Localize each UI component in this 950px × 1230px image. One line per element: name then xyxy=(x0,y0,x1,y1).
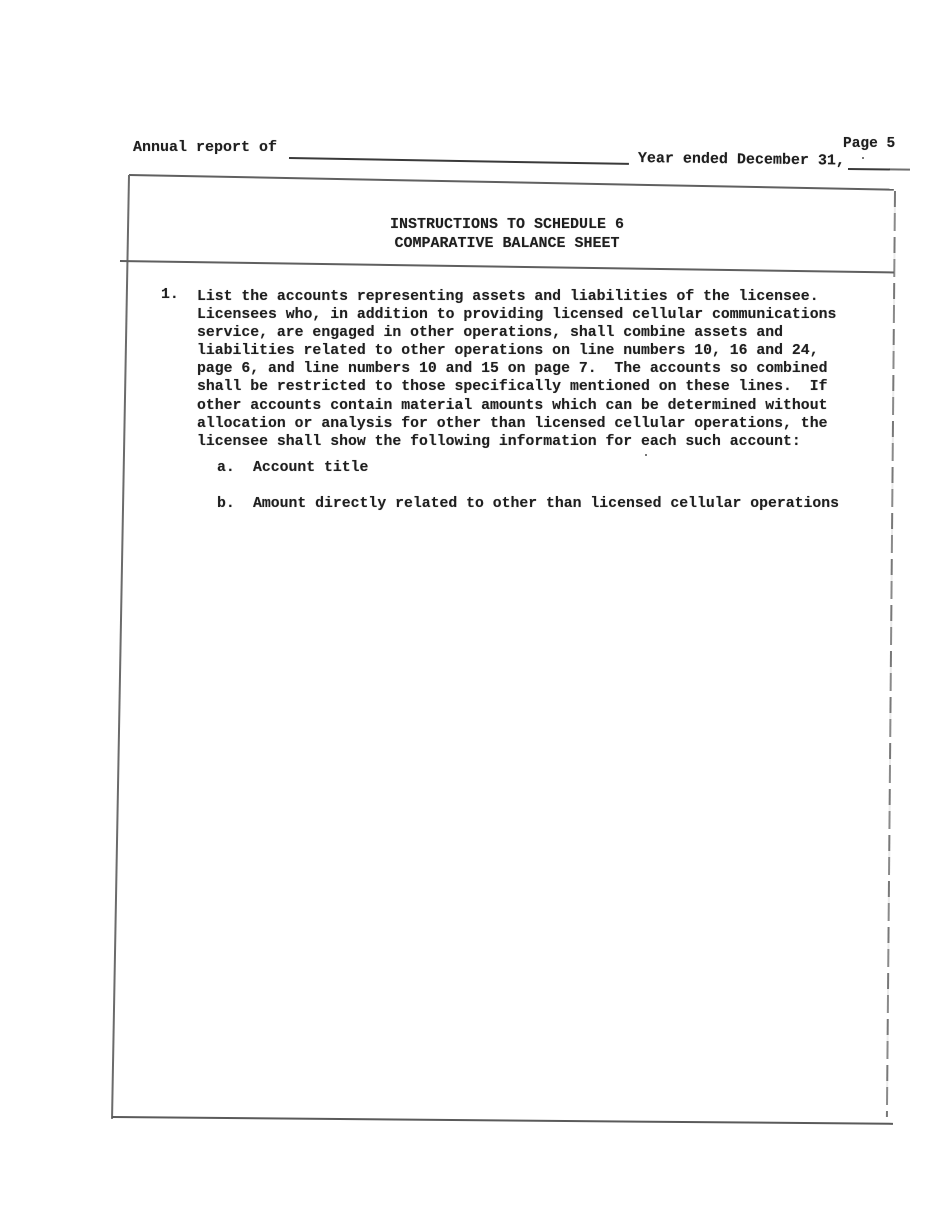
paragraph-line: allocation or analysis for other than li… xyxy=(197,415,836,433)
box-top-border-line xyxy=(129,174,894,191)
instruction-item-number: 1. xyxy=(161,288,179,303)
scan-speck xyxy=(862,157,864,159)
year-blank-line xyxy=(848,168,910,171)
subitem-a-text: Account title xyxy=(253,461,368,476)
box-left-border-line xyxy=(111,175,130,1119)
subitem-a-label: a. xyxy=(217,461,235,476)
page-number: Page 5 xyxy=(843,137,895,152)
subitem-b-label: b. xyxy=(217,497,235,512)
box-bottom-border-line xyxy=(112,1116,893,1125)
paragraph-line: List the accounts representing assets an… xyxy=(197,288,836,306)
scan-speck xyxy=(645,454,647,456)
paragraph-line: Licensees who, in addition to providing … xyxy=(197,306,836,324)
paragraph-line: page 6, and line numbers 10 and 15 on pa… xyxy=(197,360,836,378)
schedule-title-line1: INSTRUCTIONS TO SCHEDULE 6 xyxy=(120,217,894,232)
paragraph-line: liabilities related to other operations … xyxy=(197,342,836,360)
title-separator-line xyxy=(120,260,894,273)
box-right-border-line xyxy=(886,191,896,1117)
paragraph-line: other accounts contain material amounts … xyxy=(197,397,836,415)
scanned-document-page: Annual report of Year ended December 31,… xyxy=(0,0,950,1230)
year-ended-label: Year ended December 31, xyxy=(638,151,845,169)
schedule-title-line2: COMPARATIVE BALANCE SHEET xyxy=(120,236,894,251)
instruction-paragraph: List the accounts representing assets an… xyxy=(197,288,836,451)
paragraph-line: licensee shall show the following inform… xyxy=(197,433,836,451)
paragraph-line: shall be restricted to those specificall… xyxy=(197,378,836,396)
annual-report-label: Annual report of xyxy=(133,140,277,155)
paragraph-line: service, are engaged in other operations… xyxy=(197,324,836,342)
subitem-b-text: Amount directly related to other than li… xyxy=(253,497,839,512)
annual-report-blank-line xyxy=(289,157,629,165)
